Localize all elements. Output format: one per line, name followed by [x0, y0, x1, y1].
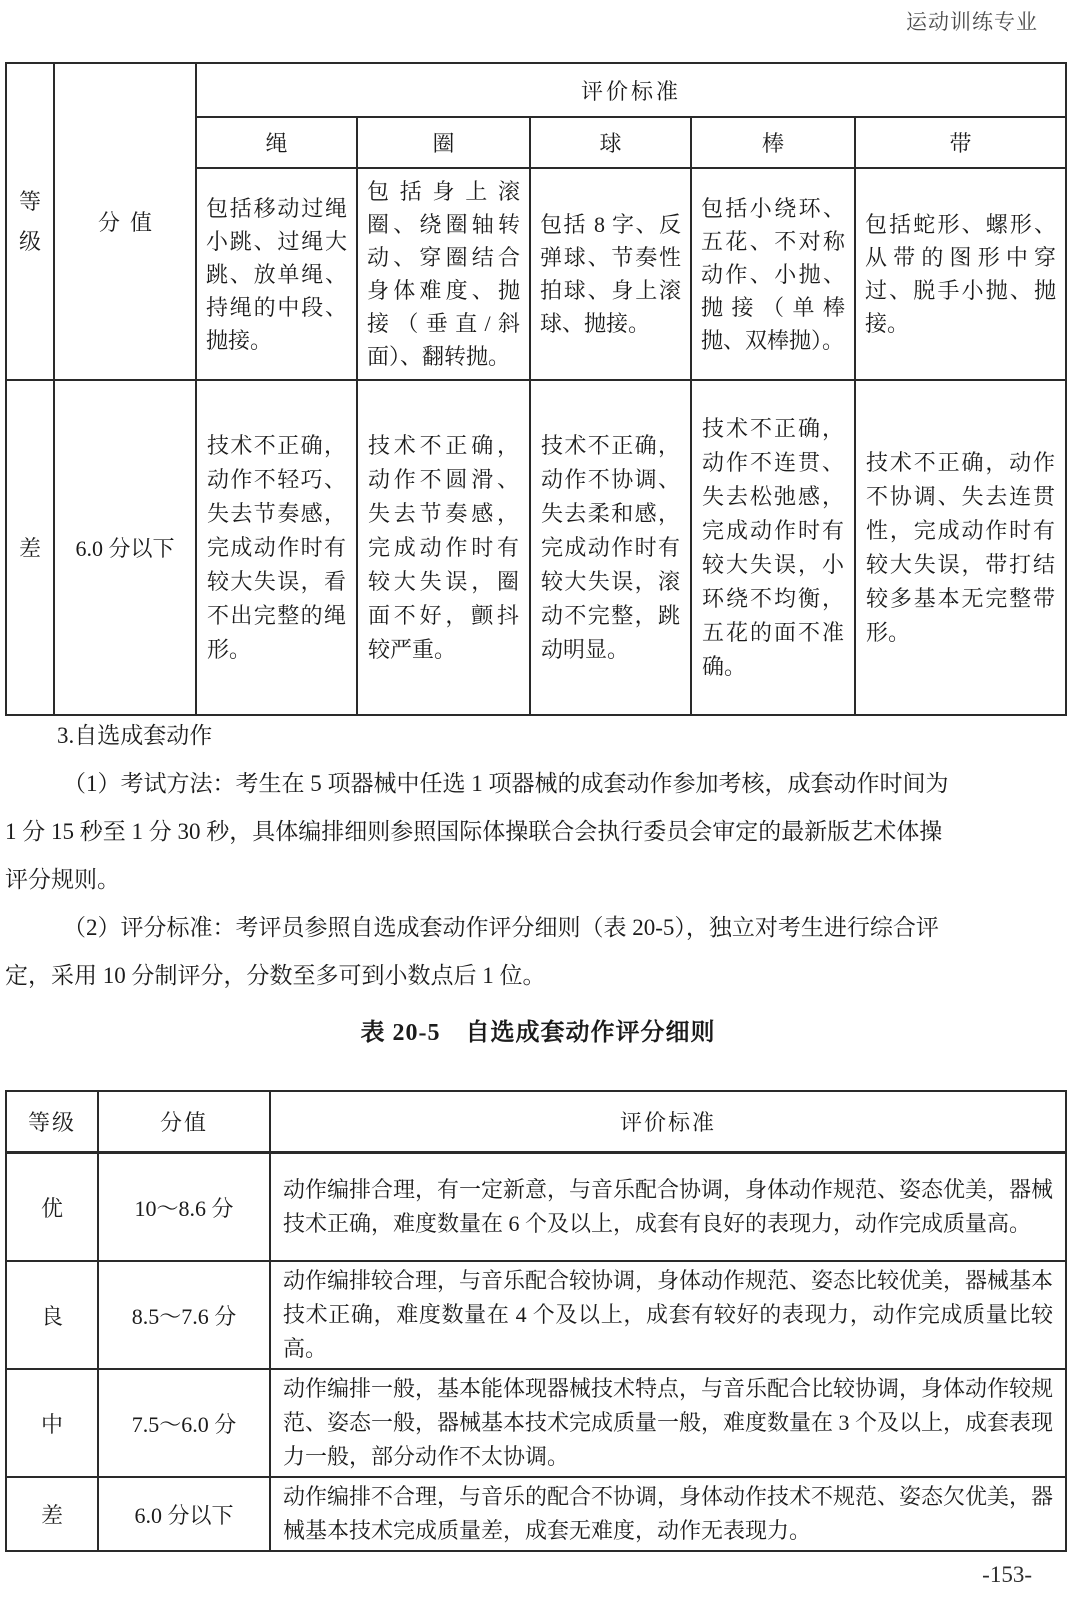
table2-caption: 表 20-5 自选成套动作评分细则: [0, 1012, 1076, 1047]
paragraph-heading: 3.自选成套动作: [5, 712, 1067, 760]
body-text: 3.自选成套动作 （1）考试方法：考生在 5 项器械中任选 1 项器械的成套动作…: [5, 712, 1067, 1000]
apparatus-criteria-table: 等 级 分值 评价标准 绳 圈 球 棒 带 包括移动过绳小跳、过绳大跳、放单绳、…: [5, 62, 1067, 716]
t2-score-medium: 7.5～6.0 分: [98, 1369, 270, 1477]
t1-poor-score: 6.0 分以下: [54, 380, 196, 715]
t2-score-good: 8.5～7.6 分: [98, 1261, 270, 1369]
t1-apparatus-desc-hoop: 包括身上滚圈、绕圈轴转动、穿圈结合身体难度、抛接（垂直/斜面）、翻转抛。: [357, 168, 530, 380]
t1-apparatus-name-ribbon: 带: [855, 117, 1066, 168]
table-row: 中 7.5～6.0 分 动作编排一般，基本能体现器械技术特点，与音乐配合比较协调…: [6, 1369, 1066, 1477]
t1-apparatus-name-rope: 绳: [196, 117, 357, 168]
document-page: 运动训练专业 等 级 分值 评价标准 绳 圈 球 棒 带 包括移动过绳小跳、过绳…: [0, 0, 1076, 1600]
table-row: 优 10～8.6 分 动作编排合理，有一定新意，与音乐配合协调，身体动作规范、姿…: [6, 1153, 1066, 1262]
t1-apparatus-name-ball: 球: [530, 117, 691, 168]
t2-criteria-good: 动作编排较合理，与音乐配合较协调，身体动作规范、姿态比较优美，器械基本技术正确，…: [270, 1261, 1066, 1369]
t1-poor-desc-hoop: 技术不正确，动作不圆滑、失去节奏感，完成动作时有较大失误，圈面不好，颤抖较严重。: [357, 380, 530, 715]
t1-apparatus-desc-ball: 包括 8 字、反弹球、节奏性拍球、身上滚球、抛接。: [530, 168, 691, 380]
t1-poor-desc-rope: 技术不正确，动作不轻巧、失去节奏感，完成动作时有较大失误，看不出完整的绳形。: [196, 380, 357, 715]
t1-apparatus-desc-clubs: 包括小绕环、五花、不对称动作、小抛、抛接（单棒抛、双棒抛）。: [691, 168, 855, 380]
t1-poor-desc-ball: 技术不正确，动作不协调、失去柔和感，完成动作时有较大失误，滚动不完整，跳动明显。: [530, 380, 691, 715]
table-row: 差 6.0 分以下 动作编排不合理，与音乐的配合不协调，身体动作技术不规范、姿态…: [6, 1477, 1066, 1551]
t2-score-poor: 6.0 分以下: [98, 1477, 270, 1551]
t2-grade-medium: 中: [6, 1369, 98, 1477]
t2-grade-poor: 差: [6, 1477, 98, 1551]
t1-apparatus-name-hoop: 圈: [357, 117, 530, 168]
t1-poor-grade: 差: [6, 380, 54, 715]
t1-poor-desc-clubs: 技术不正确，动作不连贯、失去松弛感，完成动作时有较大失误，小环绕不均衡，五花的面…: [691, 380, 855, 715]
paragraph-line: （1）考试方法：考生在 5 项器械中任选 1 项器械的成套动作参加考核，成套动作…: [5, 760, 1067, 808]
table-row: 良 8.5～7.6 分 动作编排较合理，与音乐配合较协调，身体动作规范、姿态比较…: [6, 1261, 1066, 1369]
t1-apparatus-desc-ribbon: 包括蛇形、螺形、从带的图形中穿过、脱手小抛、抛接。: [855, 168, 1066, 380]
t2-score-excellent: 10～8.6 分: [98, 1153, 270, 1262]
t1-score-header: 分值: [54, 63, 196, 380]
t2-criteria-header: 评价标准: [270, 1091, 1066, 1153]
t1-poor-desc-ribbon: 技术不正确，动作不协调、失去连贯性，完成动作时有较大失误，带打结较多基本无完整带…: [855, 380, 1066, 715]
page-header: 运动训练专业: [906, 6, 1038, 36]
t1-apparatus-name-clubs: 棒: [691, 117, 855, 168]
t2-criteria-poor: 动作编排不合理，与音乐的配合不协调，身体动作技术不规范、姿态欠优美，器械基本技术…: [270, 1477, 1066, 1551]
t2-score-header: 分值: [98, 1091, 270, 1153]
t1-eval-header: 评价标准: [196, 63, 1066, 117]
paragraph-line: 1 分 15 秒至 1 分 30 秒，具体编排细则参照国际体操联合会执行委员会审…: [5, 808, 1067, 856]
t1-apparatus-desc-rope: 包括移动过绳小跳、过绳大跳、放单绳、持绳的中段、抛接。: [196, 168, 357, 380]
t2-grade-excellent: 优: [6, 1153, 98, 1262]
paragraph-line: （2）评分标准：考评员参照自选成套动作评分细则（表 20-5），独立对考生进行综…: [5, 904, 1067, 952]
t2-criteria-excellent: 动作编排合理，有一定新意，与音乐配合协调，身体动作规范、姿态优美，器械技术正确，…: [270, 1153, 1066, 1262]
t2-grade-good: 良: [6, 1261, 98, 1369]
page-number: -153-: [982, 1562, 1032, 1588]
t2-grade-header: 等级: [6, 1091, 98, 1153]
paragraph-line: 定，采用 10 分制评分，分数至多可到小数点后 1 位。: [5, 952, 1067, 1000]
t2-criteria-medium: 动作编排一般，基本能体现器械技术特点，与音乐配合比较协调，身体动作较规范、姿态一…: [270, 1369, 1066, 1477]
routine-scoring-table: 等级 分值 评价标准 优 10～8.6 分 动作编排合理，有一定新意，与音乐配合…: [5, 1090, 1067, 1552]
t1-grade-header: 等 级: [6, 63, 54, 380]
paragraph-line: 评分规则。: [5, 856, 1067, 904]
